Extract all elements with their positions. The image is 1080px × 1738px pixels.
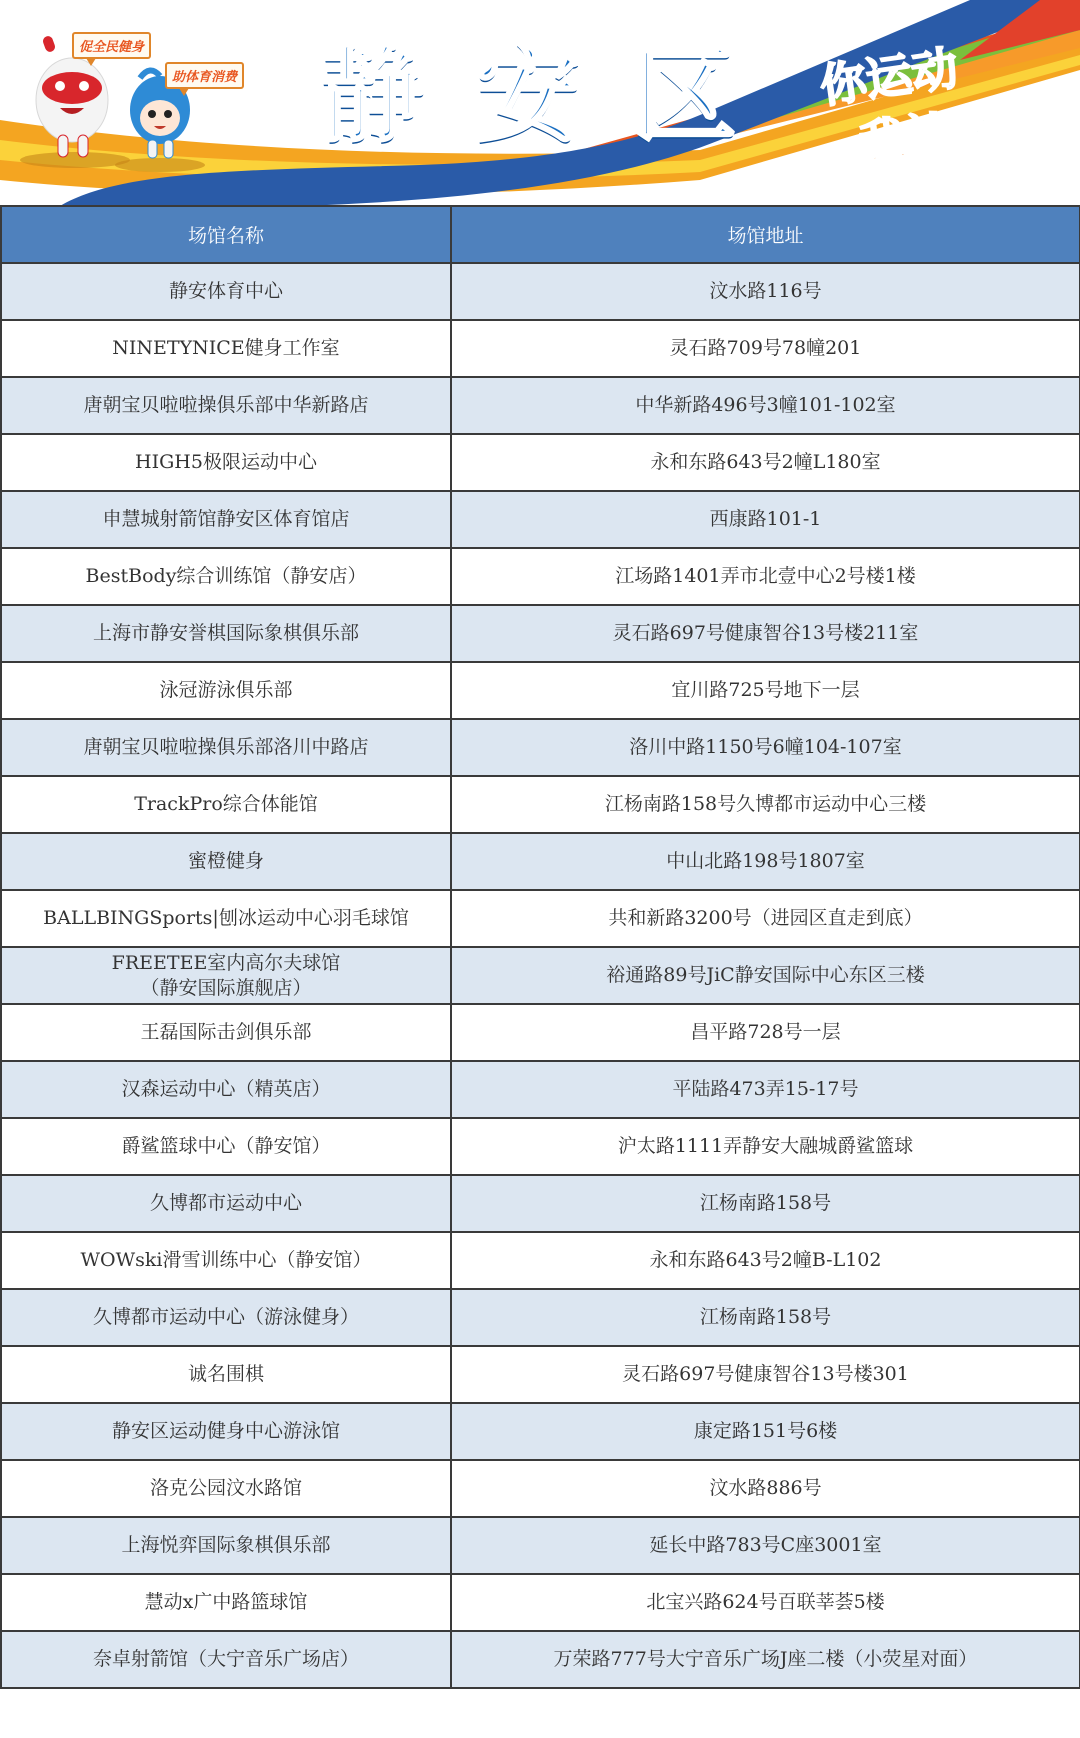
venue-name: TrackPro综合体能馆	[1, 776, 451, 833]
venue-table-container: 场馆名称 场馆地址 静安体育中心汶水路116号 NINETYNICE健身工作室灵…	[0, 205, 1079, 1689]
venue-name: 久博都市运动中心（游泳健身）	[1, 1289, 451, 1346]
banner: 促全民健身 助体育消费 静安区 你运动 我补贴	[0, 0, 1080, 206]
slogan-char: 贴	[949, 101, 1000, 160]
table-row: 汉森运动中心（精英店）平陆路473弄15-17号	[1, 1061, 1080, 1118]
table-row: TrackPro综合体能馆江杨南路158号久博都市运动中心三楼	[1, 776, 1080, 833]
table-header-row: 场馆名称 场馆地址	[1, 206, 1080, 263]
venue-address: 永和东路643号2幢L180室	[451, 434, 1080, 491]
venue-name: 静安体育中心	[1, 263, 451, 320]
venue-address: 裕通路89号JiC静安国际中心东区三楼	[451, 947, 1080, 1004]
venue-name: 蜜橙健身	[1, 833, 451, 890]
venue-name: 唐朝宝贝啦啦操俱乐部中华新路店	[1, 377, 451, 434]
venue-address: 宜川路725号地下一层	[451, 662, 1080, 719]
venue-name: 申慧城射箭馆静安区体育馆店	[1, 491, 451, 548]
venue-address: 中华新路496号3幢101-102室	[451, 377, 1080, 434]
slogan-char: 动	[908, 41, 961, 101]
venue-name: 王磊国际击剑俱乐部	[1, 1004, 451, 1061]
slogan-char: 你	[817, 53, 870, 113]
venue-address: 中山北路198号1807室	[451, 833, 1080, 890]
venue-name: FREETEE室内高尔夫球馆（静安国际旗舰店）	[1, 947, 451, 1004]
venue-address: 康定路151号6楼	[451, 1403, 1080, 1460]
venue-address: 灵石路697号健康智谷13号楼301	[451, 1346, 1080, 1403]
venue-address: 昌平路728号一层	[451, 1004, 1080, 1061]
venue-address: 北宝兴路624号百联莘荟5楼	[451, 1574, 1080, 1631]
table-row: 慧动x广中路篮球馆北宝兴路624号百联莘荟5楼	[1, 1574, 1080, 1631]
venue-name: 慧动x广中路篮球馆	[1, 1574, 451, 1631]
venue-name: 泳冠游泳俱乐部	[1, 662, 451, 719]
table-row: 久博都市运动中心（游泳健身）江杨南路158号	[1, 1289, 1080, 1346]
table-row: 上海悦弈国际象棋俱乐部延长中路783号C座3001室	[1, 1517, 1080, 1574]
venue-name-line-1: FREETEE室内高尔夫球馆	[112, 952, 341, 974]
table-row: 王磊国际击剑俱乐部昌平路728号一层	[1, 1004, 1080, 1061]
venue-name: BALLBINGSports|刨冰运动中心羽毛球馆	[1, 890, 451, 947]
table-row: 静安体育中心汶水路116号	[1, 263, 1080, 320]
venue-address: 江场路1401弄市北壹中心2号楼1楼	[451, 548, 1080, 605]
table-row: WOWski滑雪训练中心（静安馆）永和东路643号2幢B-L102	[1, 1232, 1080, 1289]
table-row: BestBody综合训练馆（静安店）江场路1401弄市北壹中心2号楼1楼	[1, 548, 1080, 605]
venue-name: 唐朝宝贝啦啦操俱乐部洛川中路店	[1, 719, 451, 776]
venue-address: 灵石路709号78幢201	[451, 320, 1080, 377]
venue-name: 洛克公园汶水路馆	[1, 1460, 451, 1517]
table-row: 诚名围棋灵石路697号健康智谷13号楼301	[1, 1346, 1080, 1403]
venue-name: HIGH5极限运动中心	[1, 434, 451, 491]
column-header-venue-address: 场馆地址	[451, 206, 1080, 263]
speech-bubble-consumption: 助体育消费	[165, 62, 244, 89]
venue-address: 平陆路473弄15-17号	[451, 1061, 1080, 1118]
table-row: 蜜橙健身中山北路198号1807室	[1, 833, 1080, 890]
venue-address: 江杨南路158号久博都市运动中心三楼	[451, 776, 1080, 833]
venue-name: 静安区运动健身中心游泳馆	[1, 1403, 451, 1460]
venue-address: 万荣路777号大宁音乐广场J座二楼（小荧星对面）	[451, 1631, 1080, 1688]
venue-address: 江杨南路158号	[451, 1289, 1080, 1346]
table-row: 泳冠游泳俱乐部宜川路725号地下一层	[1, 662, 1080, 719]
venue-name: 汉森运动中心（精英店）	[1, 1061, 451, 1118]
venue-name: BestBody综合训练馆（静安店）	[1, 548, 451, 605]
venue-address: 共和新路3200号（进园区直走到底）	[451, 890, 1080, 947]
slogan-char: 补	[903, 106, 954, 165]
venue-name: 爵鲨篮球中心（静安馆）	[1, 1118, 451, 1175]
venue-address: 洛川中路1150号6幢104-107室	[451, 719, 1080, 776]
table-row: 唐朝宝贝啦啦操俱乐部洛川中路店洛川中路1150号6幢104-107室	[1, 719, 1080, 776]
table-row: 久博都市运动中心江杨南路158号	[1, 1175, 1080, 1232]
venue-name: WOWski滑雪训练中心（静安馆）	[1, 1232, 451, 1289]
table-row: 静安区运动健身中心游泳馆康定路151号6楼	[1, 1403, 1080, 1460]
venue-table: 场馆名称 场馆地址 静安体育中心汶水路116号 NINETYNICE健身工作室灵…	[0, 205, 1080, 1689]
table-row: BALLBINGSports|刨冰运动中心羽毛球馆共和新路3200号（进园区直走…	[1, 890, 1080, 947]
venue-address: 西康路101-1	[451, 491, 1080, 548]
venue-name: 上海市静安誉棋国际象棋俱乐部	[1, 605, 451, 662]
venue-address: 汶水路116号	[451, 263, 1080, 320]
table-row: HIGH5极限运动中心永和东路643号2幢L180室	[1, 434, 1080, 491]
venue-address: 灵石路697号健康智谷13号楼211室	[451, 605, 1080, 662]
venue-name-line-2: （静安国际旗舰店）	[140, 977, 311, 999]
venue-name: 诚名围棋	[1, 1346, 451, 1403]
column-header-venue-name: 场馆名称	[1, 206, 451, 263]
table-row: 唐朝宝贝啦啦操俱乐部中华新路店中华新路496号3幢101-102室	[1, 377, 1080, 434]
district-title: 静安区	[320, 40, 788, 150]
table-row: 洛克公园汶水路馆汶水路886号	[1, 1460, 1080, 1517]
slogan-char: 我	[858, 111, 909, 170]
table-row: NINETYNICE健身工作室灵石路709号78幢201	[1, 320, 1080, 377]
venue-name: NINETYNICE健身工作室	[1, 320, 451, 377]
venue-name: 奈卓射箭馆（大宁音乐广场店）	[1, 1631, 451, 1688]
table-row: 上海市静安誉棋国际象棋俱乐部灵石路697号健康智谷13号楼211室	[1, 605, 1080, 662]
table-row: 奈卓射箭馆（大宁音乐广场店）万荣路777号大宁音乐广场J座二楼（小荧星对面）	[1, 1631, 1080, 1688]
table-row: FREETEE室内高尔夫球馆（静安国际旗舰店）裕通路89号JiC静安国际中心东区…	[1, 947, 1080, 1004]
venue-address: 延长中路783号C座3001室	[451, 1517, 1080, 1574]
venue-address: 永和东路643号2幢B-L102	[451, 1232, 1080, 1289]
venue-address: 江杨南路158号	[451, 1175, 1080, 1232]
venue-address: 汶水路886号	[451, 1460, 1080, 1517]
speech-bubble-fitness: 促全民健身	[72, 32, 151, 59]
venue-name: 上海悦弈国际象棋俱乐部	[1, 1517, 451, 1574]
table-row: 申慧城射箭馆静安区体育馆店西康路101-1	[1, 491, 1080, 548]
venue-name: 久博都市运动中心	[1, 1175, 451, 1232]
slogan-char: 运	[862, 47, 915, 107]
table-row: 爵鲨篮球中心（静安馆）沪太路1111弄静安大融城爵鲨篮球	[1, 1118, 1080, 1175]
venue-address: 沪太路1111弄静安大融城爵鲨篮球	[451, 1118, 1080, 1175]
